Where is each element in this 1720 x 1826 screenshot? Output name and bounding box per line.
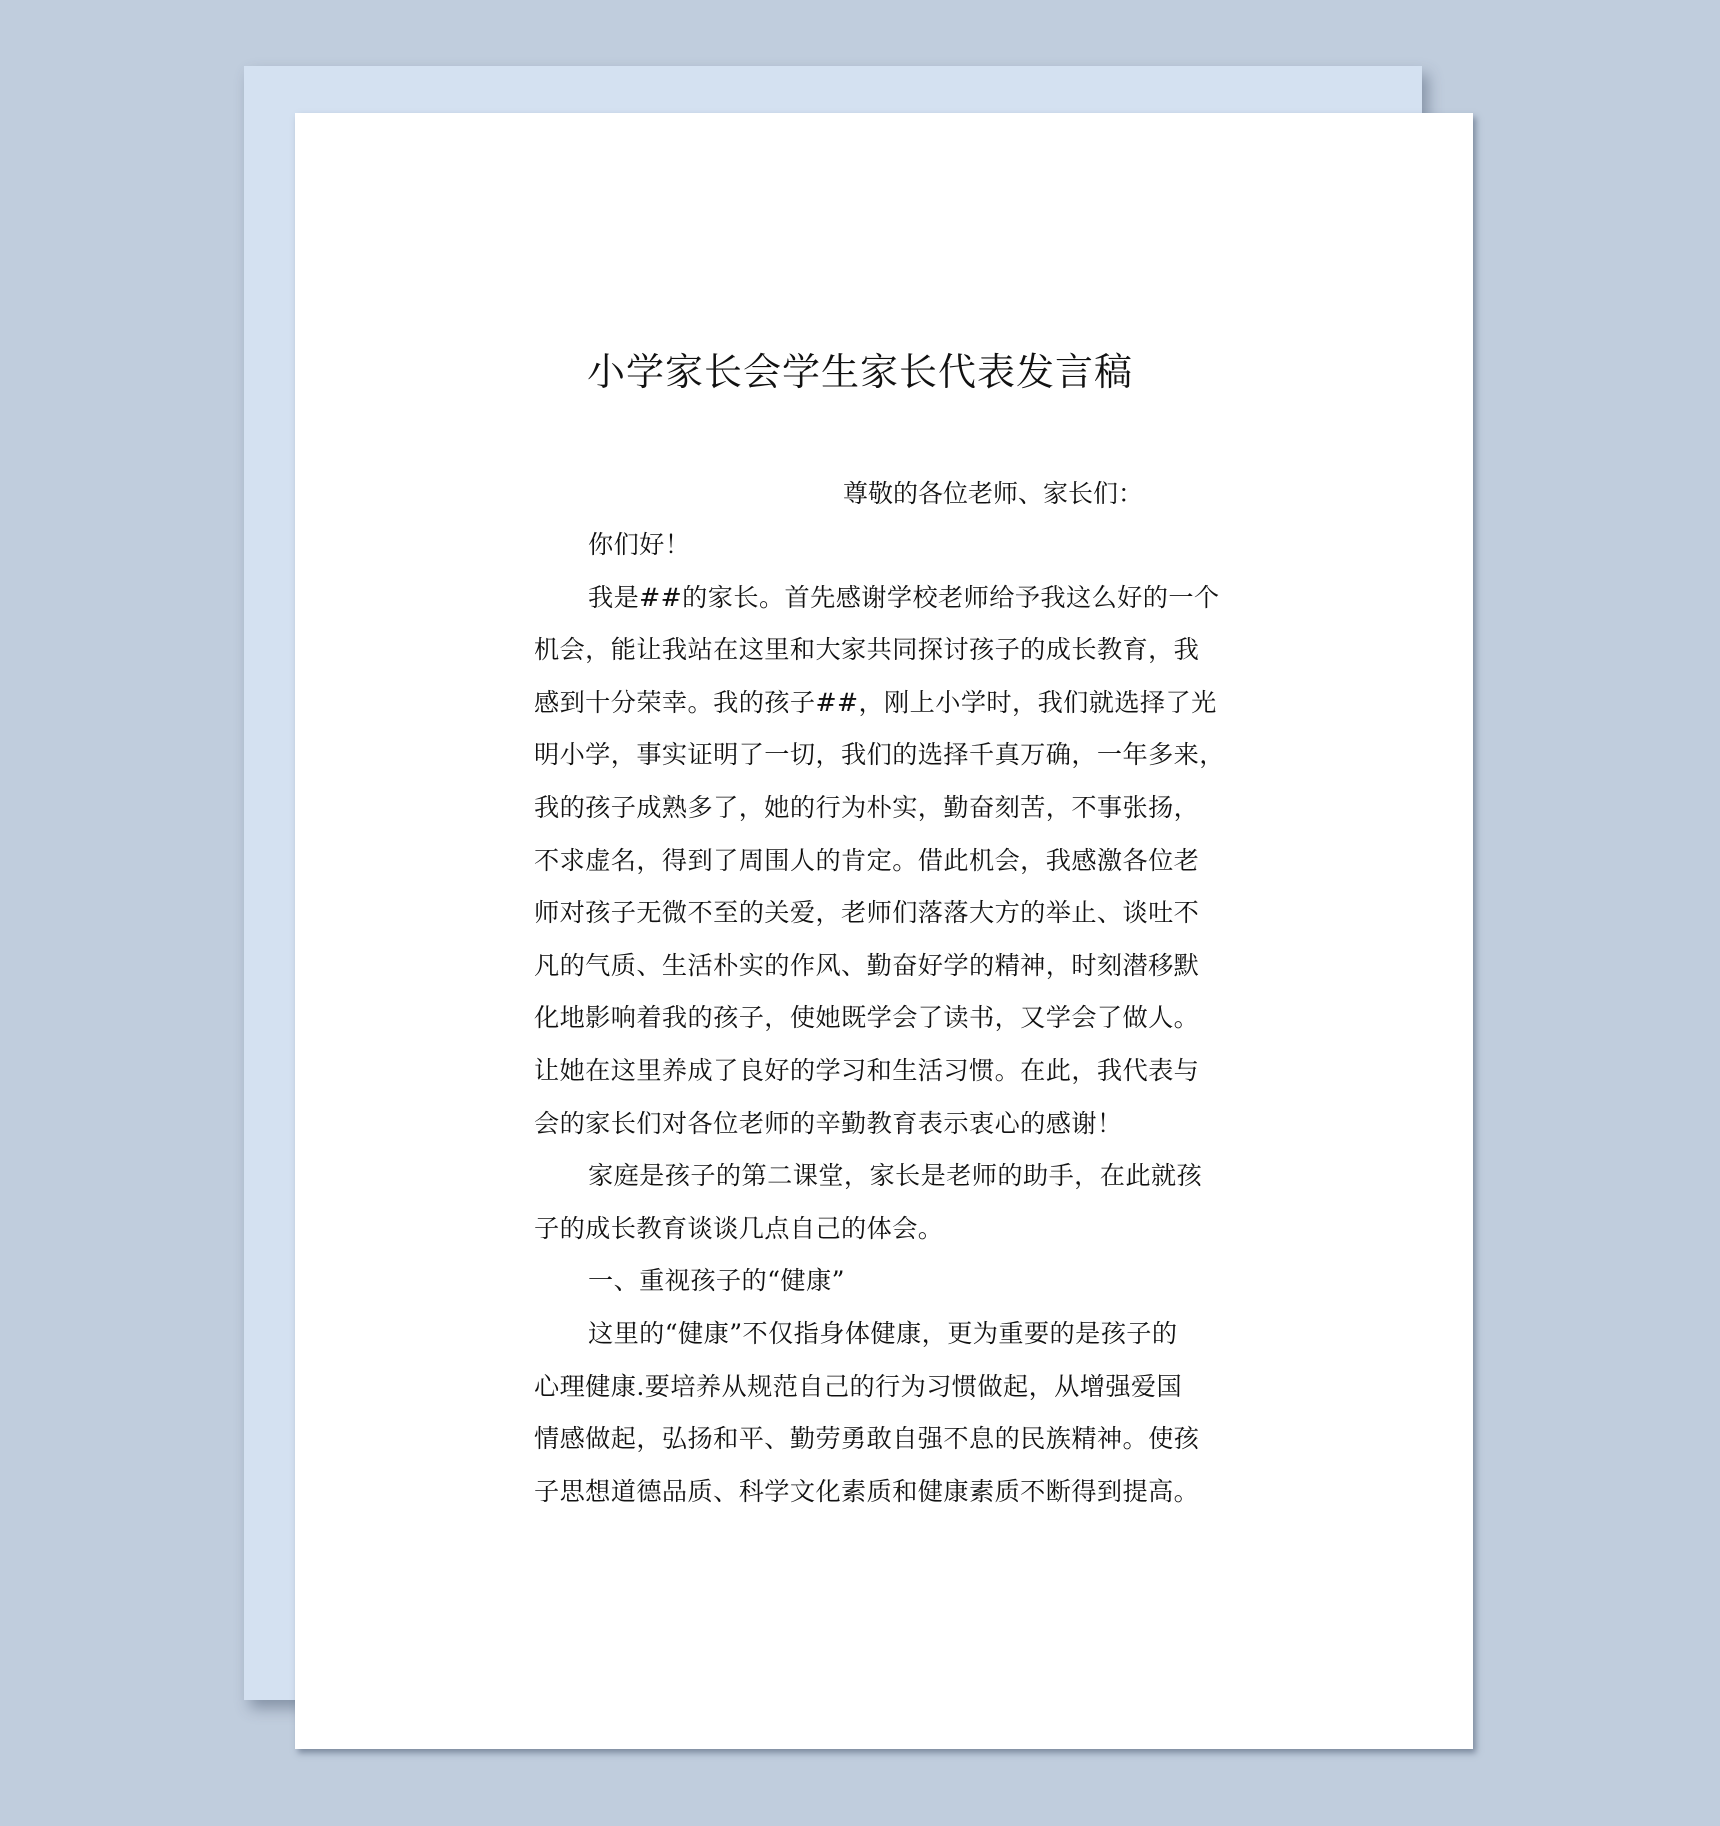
document-body: 你们好！ 我是##的家长。首先感谢学校老师给予我这么好的一个 机会，能让我站在这… <box>534 527 1234 1526</box>
body-line: 师对孩子无微不至的关爱，老师们落落大方的举止、谈吐不 <box>534 895 1234 948</box>
body-line: 子的成长教育谈谈几点自己的体会。 <box>534 1211 1234 1264</box>
body-line: 让她在这里养成了良好的学习和生活习惯。在此，我代表与 <box>534 1053 1234 1106</box>
body-line: 子思想道德品质、科学文化素质和健康素质不断得到提高。 <box>534 1474 1234 1527</box>
body-line: 不求虚名，得到了周围人的肯定。借此机会，我感激各位老 <box>534 843 1234 896</box>
body-line: 心理健康.要培养从规范自己的行为习惯做起，从增强爱国 <box>534 1369 1234 1422</box>
body-line: 我是##的家长。首先感谢学校老师给予我这么好的一个 <box>534 580 1234 633</box>
body-line: 这里的“健康”不仅指身体健康，更为重要的是孩子的 <box>534 1316 1234 1369</box>
body-line: 我的孩子成熟多了，她的行为朴实，勤奋刻苦，不事张扬， <box>534 790 1234 843</box>
salutation: 尊敬的各位老师、家长们： <box>843 478 1143 510</box>
body-line: 情感做起，弘扬和平、勤劳勇敢自强不息的民族精神。使孩 <box>534 1421 1234 1474</box>
body-line: 你们好！ <box>534 527 1234 580</box>
body-line: 会的家长们对各位老师的辛勤教育表示衷心的感谢！ <box>534 1106 1234 1159</box>
body-line: 家庭是孩子的第二课堂，家长是老师的助手，在此就孩 <box>534 1158 1234 1211</box>
body-line: 感到十分荣幸。我的孩子##，刚上小学时，我们就选择了光 <box>534 685 1234 738</box>
body-line: 凡的气质、生活朴实的作风、勤奋好学的精神，时刻潜移默 <box>534 948 1234 1001</box>
body-line: 化地影响着我的孩子，使她既学会了读书，又学会了做人。 <box>534 1000 1234 1053</box>
body-line: 机会，能让我站在这里和大家共同探讨孩子的成长教育，我 <box>534 632 1234 685</box>
section-heading: 一、重视孩子的“健康” <box>534 1263 1234 1316</box>
document-title: 小学家长会学生家长代表发言稿 <box>0 347 1720 397</box>
body-line: 明小学，事实证明了一切，我们的选择千真万确，一年多来， <box>534 737 1234 790</box>
